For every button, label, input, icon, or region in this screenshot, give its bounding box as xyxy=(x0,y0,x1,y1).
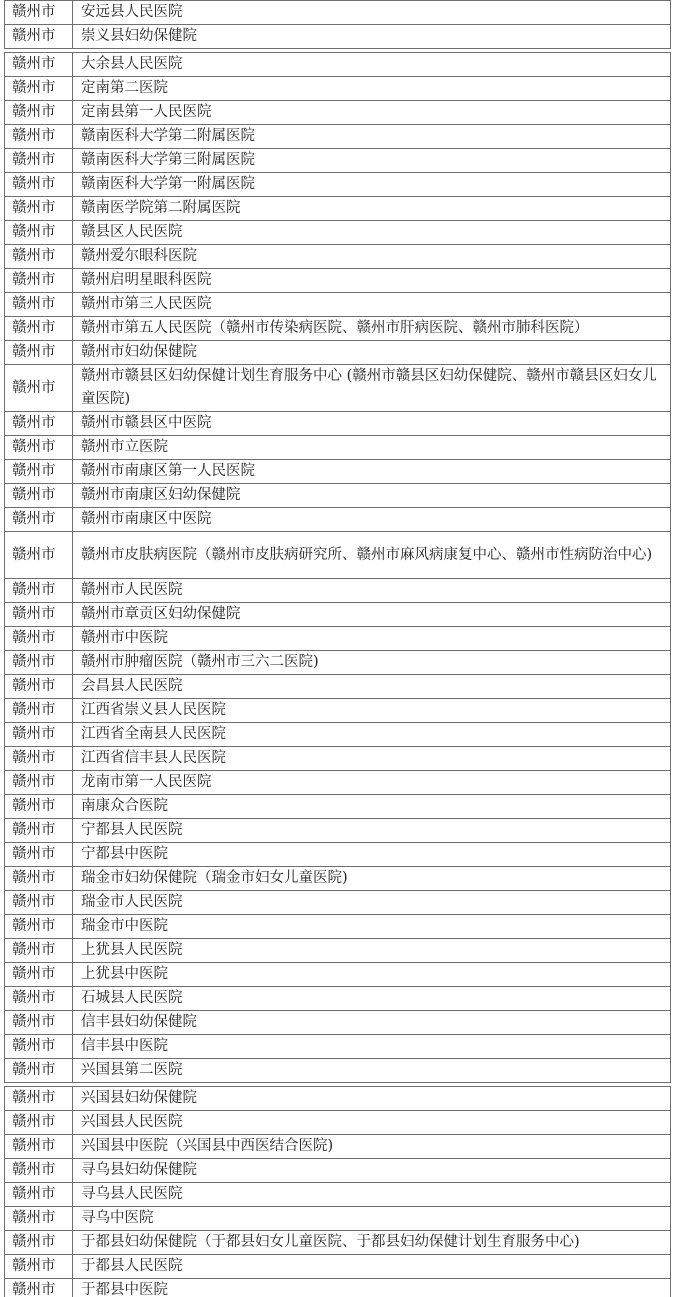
city-cell: 赣州市 xyxy=(5,532,73,579)
city-cell: 赣州市 xyxy=(5,771,73,795)
city-cell: 赣州市 xyxy=(5,699,73,723)
city-cell: 赣州市 xyxy=(5,149,73,173)
hospital-name-cell: 赣州市南康区妇幼保健院 xyxy=(73,484,671,508)
table-row: 赣州市赣州市第三人民医院 xyxy=(5,293,671,317)
hospital-name-cell: 江西省崇义县人民医院 xyxy=(73,699,671,723)
hospital-name-cell: 上犹县中医院 xyxy=(73,963,671,987)
table-row: 赣州市瑞金市中医院 xyxy=(5,915,671,939)
hospital-name-cell: 赣州市赣县区妇幼保健计划生育服务中心 (赣州市赣县区妇幼保健院、赣州市赣县区妇女… xyxy=(73,365,671,412)
city-cell: 赣州市 xyxy=(5,795,73,819)
table-row: 赣州市于都县妇幼保健院（于都县妇女儿童医院、于都县妇幼保健计划生育服务中心) xyxy=(5,1231,671,1255)
hospital-name-cell: 赣南医学院第二附属医院 xyxy=(73,197,671,221)
table-row: 赣州市赣州市赣县区中医院 xyxy=(5,412,671,436)
city-cell: 赣州市 xyxy=(5,412,73,436)
hospital-name-cell: 赣州市南康区第一人民医院 xyxy=(73,460,671,484)
city-cell: 赣州市 xyxy=(5,723,73,747)
city-cell: 赣州市 xyxy=(5,987,73,1011)
table-row: 赣州市赣州市南康区妇幼保健院 xyxy=(5,484,671,508)
city-cell: 赣州市 xyxy=(5,867,73,891)
table-row: 赣州市上犹县人民医院 xyxy=(5,939,671,963)
table-row: 赣州市信丰县妇幼保健院 xyxy=(5,1011,671,1035)
hospital-name-cell: 石城县人民医院 xyxy=(73,987,671,1011)
city-cell: 赣州市 xyxy=(5,579,73,603)
hospital-name-cell: 赣县区人民医院 xyxy=(73,221,671,245)
table-row: 赣州市兴国县人民医院 xyxy=(5,1111,671,1135)
hospital-name-cell: 信丰县中医院 xyxy=(73,1035,671,1059)
table-row: 赣州市赣州市肿瘤医院（赣州市三六二医院) xyxy=(5,651,671,675)
city-cell: 赣州市 xyxy=(5,915,73,939)
hospital-name-cell: 上犹县人民医院 xyxy=(73,939,671,963)
table-row: 赣州市寻乌中医院 xyxy=(5,1207,671,1231)
city-cell: 赣州市 xyxy=(5,125,73,149)
hospital-name-cell: 赣州市人民医院 xyxy=(73,579,671,603)
city-cell: 赣州市 xyxy=(5,197,73,221)
city-cell: 赣州市 xyxy=(5,1111,73,1135)
hospital-name-cell: 寻乌县妇幼保健院 xyxy=(73,1159,671,1183)
city-cell: 赣州市 xyxy=(5,317,73,341)
city-cell: 赣州市 xyxy=(5,221,73,245)
table-row: 赣州市寻乌县人民医院 xyxy=(5,1183,671,1207)
table-row: 赣州市赣州市南康区中医院 xyxy=(5,508,671,532)
city-cell: 赣州市 xyxy=(5,436,73,460)
table-row: 赣州市兴国县中医院（兴国县中西医结合医院) xyxy=(5,1135,671,1159)
hospital-name-cell: 兴国县中医院（兴国县中西医结合医院) xyxy=(73,1135,671,1159)
city-cell: 赣州市 xyxy=(5,1135,73,1159)
hospital-name-cell: 瑞金市妇幼保健院（瑞金市妇女儿童医院) xyxy=(73,867,671,891)
table-row: 赣州市龙南市第一人民医院 xyxy=(5,771,671,795)
hospital-name-cell: 赣州启明星眼科医院 xyxy=(73,269,671,293)
city-cell: 赣州市 xyxy=(5,77,73,101)
hospital-name-cell: 赣州市赣县区中医院 xyxy=(73,412,671,436)
city-cell: 赣州市 xyxy=(5,1087,73,1111)
table-row: 赣州市于都县人民医院 xyxy=(5,1255,671,1279)
table-row: 赣州市赣州启明星眼科医院 xyxy=(5,269,671,293)
hospital-name-cell: 赣州市第三人民医院 xyxy=(73,293,671,317)
hospital-name-cell: 宁都县中医院 xyxy=(73,843,671,867)
city-cell: 赣州市 xyxy=(5,1183,73,1207)
city-cell: 赣州市 xyxy=(5,173,73,197)
city-cell: 赣州市 xyxy=(5,603,73,627)
table-row: 赣州市赣县区人民医院 xyxy=(5,221,671,245)
city-cell: 赣州市 xyxy=(5,1207,73,1231)
city-cell: 赣州市 xyxy=(5,341,73,365)
hospital-name-cell: 安远县人民医院 xyxy=(73,1,671,25)
table-row: 赣州市瑞金市妇幼保健院（瑞金市妇女儿童医院) xyxy=(5,867,671,891)
hospital-table-segment: 赣州市大余县人民医院赣州市定南第二医院赣州市定南县第一人民医院赣州市赣南医科大学… xyxy=(4,52,671,1083)
city-cell: 赣州市 xyxy=(5,939,73,963)
table-row: 赣州市赣州市立医院 xyxy=(5,436,671,460)
hospital-list-document: 赣州市安远县人民医院赣州市崇义县妇幼保健院赣州市大余县人民医院赣州市定南第二医院… xyxy=(0,0,677,1297)
hospital-name-cell: 宁都县人民医院 xyxy=(73,819,671,843)
hospital-table-segment: 赣州市安远县人民医院赣州市崇义县妇幼保健院 xyxy=(4,0,671,49)
city-cell: 赣州市 xyxy=(5,53,73,77)
city-cell: 赣州市 xyxy=(5,675,73,699)
table-row: 赣州市赣州市人民医院 xyxy=(5,579,671,603)
hospital-name-cell: 赣州市章贡区妇幼保健院 xyxy=(73,603,671,627)
hospital-name-cell: 瑞金市中医院 xyxy=(73,915,671,939)
table-row: 赣州市定南县第一人民医院 xyxy=(5,101,671,125)
hospital-name-cell: 大余县人民医院 xyxy=(73,53,671,77)
hospital-name-cell: 兴国县人民医院 xyxy=(73,1111,671,1135)
table-row: 赣州市兴国县妇幼保健院 xyxy=(5,1087,671,1111)
table-row: 赣州市南康众合医院 xyxy=(5,795,671,819)
hospital-name-cell: 寻乌县人民医院 xyxy=(73,1183,671,1207)
city-cell: 赣州市 xyxy=(5,484,73,508)
table-row: 赣州市崇义县妇幼保健院 xyxy=(5,25,671,49)
hospital-name-cell: 龙南市第一人民医院 xyxy=(73,771,671,795)
city-cell: 赣州市 xyxy=(5,101,73,125)
city-cell: 赣州市 xyxy=(5,1035,73,1059)
city-cell: 赣州市 xyxy=(5,508,73,532)
hospital-name-cell: 兴国县第二医院 xyxy=(73,1059,671,1083)
hospital-name-cell: 于都县中医院 xyxy=(73,1279,671,1297)
table-row: 赣州市赣州市第五人民医院（赣州市传染病医院、赣州市肝病医院、赣州市肺科医院） xyxy=(5,317,671,341)
hospital-name-cell: 赣南医科大学第一附属医院 xyxy=(73,173,671,197)
table-row: 赣州市赣州市妇幼保健院 xyxy=(5,341,671,365)
hospital-name-cell: 赣州市肿瘤医院（赣州市三六二医院) xyxy=(73,651,671,675)
city-cell: 赣州市 xyxy=(5,1059,73,1083)
hospital-name-cell: 定南县第一人民医院 xyxy=(73,101,671,125)
city-cell: 赣州市 xyxy=(5,269,73,293)
table-row: 赣州市赣南医科大学第三附属医院 xyxy=(5,149,671,173)
city-cell: 赣州市 xyxy=(5,1255,73,1279)
hospital-name-cell: 于都县妇幼保健院（于都县妇女儿童医院、于都县妇幼保健计划生育服务中心) xyxy=(73,1231,671,1255)
city-cell: 赣州市 xyxy=(5,963,73,987)
city-cell: 赣州市 xyxy=(5,293,73,317)
city-cell: 赣州市 xyxy=(5,1279,73,1297)
table-row: 赣州市赣州市章贡区妇幼保健院 xyxy=(5,603,671,627)
table-row: 赣州市会昌县人民医院 xyxy=(5,675,671,699)
hospital-name-cell: 寻乌中医院 xyxy=(73,1207,671,1231)
hospital-name-cell: 赣南医科大学第二附属医院 xyxy=(73,125,671,149)
city-cell: 赣州市 xyxy=(5,627,73,651)
city-cell: 赣州市 xyxy=(5,1159,73,1183)
hospital-name-cell: 崇义县妇幼保健院 xyxy=(73,25,671,49)
table-row: 赣州市安远县人民医院 xyxy=(5,1,671,25)
hospital-name-cell: 兴国县妇幼保健院 xyxy=(73,1087,671,1111)
table-row: 赣州市瑞金市人民医院 xyxy=(5,891,671,915)
table-row: 赣州市江西省全南县人民医院 xyxy=(5,723,671,747)
hospital-name-cell: 赣州市中医院 xyxy=(73,627,671,651)
city-cell: 赣州市 xyxy=(5,747,73,771)
hospital-name-cell: 南康众合医院 xyxy=(73,795,671,819)
table-row: 赣州市宁都县中医院 xyxy=(5,843,671,867)
table-row: 赣州市于都县中医院 xyxy=(5,1279,671,1297)
hospital-name-cell: 信丰县妇幼保健院 xyxy=(73,1011,671,1035)
table-row: 赣州市信丰县中医院 xyxy=(5,1035,671,1059)
table-row: 赣州市江西省信丰县人民医院 xyxy=(5,747,671,771)
table-row: 赣州市赣南医科大学第二附属医院 xyxy=(5,125,671,149)
city-cell: 赣州市 xyxy=(5,460,73,484)
hospital-name-cell: 赣州市妇幼保健院 xyxy=(73,341,671,365)
city-cell: 赣州市 xyxy=(5,245,73,269)
city-cell: 赣州市 xyxy=(5,1011,73,1035)
table-row: 赣州市定南第二医院 xyxy=(5,77,671,101)
table-row: 赣州市宁都县人民医院 xyxy=(5,819,671,843)
hospital-name-cell: 赣州爱尔眼科医院 xyxy=(73,245,671,269)
hospital-name-cell: 赣州市第五人民医院（赣州市传染病医院、赣州市肝病医院、赣州市肺科医院） xyxy=(73,317,671,341)
city-cell: 赣州市 xyxy=(5,891,73,915)
table-row: 赣州市江西省崇义县人民医院 xyxy=(5,699,671,723)
city-cell: 赣州市 xyxy=(5,365,73,412)
table-row: 赣州市大余县人民医院 xyxy=(5,53,671,77)
hospital-name-cell: 江西省信丰县人民医院 xyxy=(73,747,671,771)
city-cell: 赣州市 xyxy=(5,651,73,675)
city-cell: 赣州市 xyxy=(5,1231,73,1255)
city-cell: 赣州市 xyxy=(5,1,73,25)
table-row: 赣州市赣南医学院第二附属医院 xyxy=(5,197,671,221)
hospital-table-segment: 赣州市兴国县妇幼保健院赣州市兴国县人民医院赣州市兴国县中医院（兴国县中西医结合医… xyxy=(4,1086,671,1297)
hospital-name-cell: 定南第二医院 xyxy=(73,77,671,101)
city-cell: 赣州市 xyxy=(5,843,73,867)
table-row: 赣州市赣州爱尔眼科医院 xyxy=(5,245,671,269)
table-row: 赣州市赣州市南康区第一人民医院 xyxy=(5,460,671,484)
city-cell: 赣州市 xyxy=(5,25,73,49)
table-row: 赣州市寻乌县妇幼保健院 xyxy=(5,1159,671,1183)
table-row: 赣州市兴国县第二医院 xyxy=(5,1059,671,1083)
hospital-name-cell: 会昌县人民医院 xyxy=(73,675,671,699)
hospital-name-cell: 瑞金市人民医院 xyxy=(73,891,671,915)
table-row: 赣州市赣南医科大学第一附属医院 xyxy=(5,173,671,197)
table-row: 赣州市上犹县中医院 xyxy=(5,963,671,987)
hospital-name-cell: 江西省全南县人民医院 xyxy=(73,723,671,747)
table-row: 赣州市石城县人民医院 xyxy=(5,987,671,1011)
hospital-name-cell: 赣州市南康区中医院 xyxy=(73,508,671,532)
hospital-name-cell: 赣州市皮肤病医院（赣州市皮肤病研究所、赣州市麻风病康复中心、赣州市性病防治中心) xyxy=(73,532,671,579)
table-row: 赣州市赣州市皮肤病医院（赣州市皮肤病研究所、赣州市麻风病康复中心、赣州市性病防治… xyxy=(5,532,671,579)
hospital-name-cell: 赣州市立医院 xyxy=(73,436,671,460)
city-cell: 赣州市 xyxy=(5,819,73,843)
table-row: 赣州市赣州市中医院 xyxy=(5,627,671,651)
table-row: 赣州市赣州市赣县区妇幼保健计划生育服务中心 (赣州市赣县区妇幼保健院、赣州市赣县… xyxy=(5,365,671,412)
hospital-name-cell: 赣南医科大学第三附属医院 xyxy=(73,149,671,173)
hospital-name-cell: 于都县人民医院 xyxy=(73,1255,671,1279)
